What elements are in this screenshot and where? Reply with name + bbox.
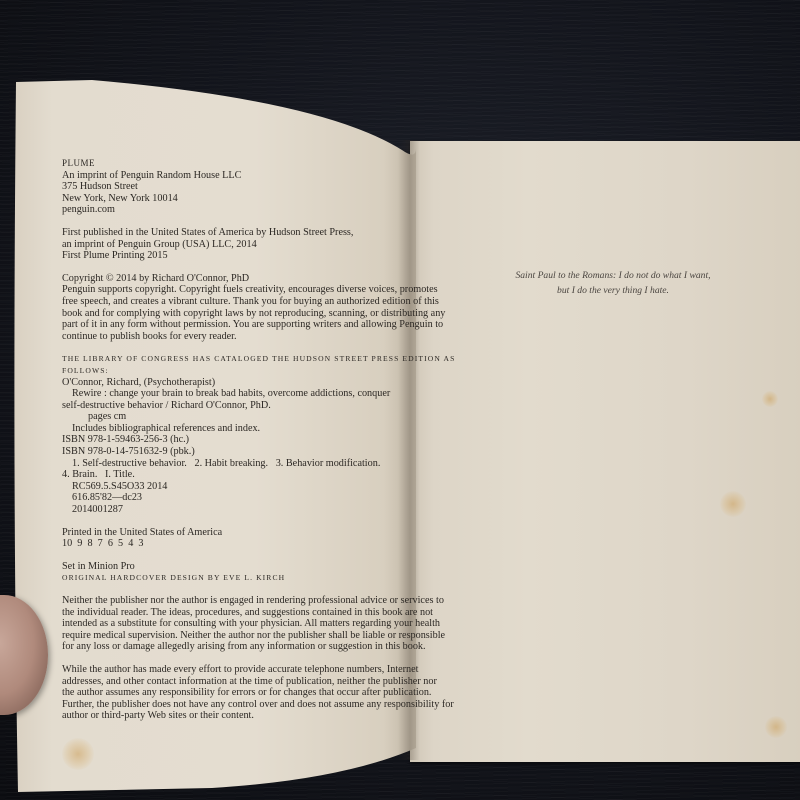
text-line: PLUME [62, 158, 422, 170]
text-line: An imprint of Penguin Random House LLC [62, 170, 422, 182]
paper-stain [762, 391, 778, 407]
lccn: 2014001287 [62, 504, 422, 516]
right-page [410, 141, 800, 762]
cip-heading: follows: [62, 365, 422, 377]
epigraph: Saint Paul to the Romans: I do not do wh… [488, 268, 738, 298]
medical-disclaimer: Neither the publisher nor the author is … [62, 595, 422, 653]
text-line: Penguin supports copyright. Copyright fu… [62, 284, 422, 296]
text-line: continue to publish books for every read… [62, 331, 422, 343]
text-line: part of it in any form without permissio… [62, 319, 422, 331]
paper-stain [720, 491, 746, 517]
design-credit: Original hardcover design by Eve L. Kirc… [62, 572, 422, 584]
text-line: an imprint of Penguin Group (USA) LLC, 2… [62, 239, 422, 251]
text-line: Neither the publisher nor the author is … [62, 595, 422, 607]
epigraph-line: Saint Paul to the Romans: I do not do wh… [488, 268, 738, 283]
copyright-block: Copyright © 2014 by Richard O'Connor, Ph… [62, 273, 422, 343]
cip-author: O'Connor, Richard, (Psychotherapist) [62, 377, 422, 389]
cip-title: Rewire : change your brain to break bad … [62, 388, 422, 400]
text-line: penguin.com [62, 204, 422, 216]
text-line: the author assumes any responsibility fo… [62, 687, 422, 699]
text-line: Printed in the United States of America [62, 527, 422, 539]
printing-block: Printed in the United States of America … [62, 527, 422, 550]
epigraph-line: but I do the very thing I hate. [488, 283, 738, 298]
typeset-note: Set in Minion Pro [62, 561, 422, 573]
text-line: Further, the publisher does not have any… [62, 699, 422, 711]
lc-class: RC569.5.S45O33 2014 [62, 481, 422, 493]
cip-title: self-destructive behavior / Richard O'Co… [62, 400, 422, 412]
cip-heading: The Library of Congress has cataloged th… [62, 353, 422, 365]
text-line: 375 Hudson Street [62, 181, 422, 193]
isbn-hc: ISBN 978-1-59463-256-3 (hc.) [62, 434, 422, 446]
paper-stain [62, 738, 94, 770]
text-line: intended as a substitute for consulting … [62, 618, 422, 630]
paper-stain [765, 716, 787, 738]
text-line: book and for complying with copyright la… [62, 308, 422, 320]
text-line: New York, New York 10014 [62, 193, 422, 205]
dewey-class: 616.85'82—dc23 [62, 492, 422, 504]
cip-block: The Library of Congress has cataloged th… [62, 353, 422, 515]
text-line: First published in the United States of … [62, 227, 422, 239]
text-line: While the author has made every effort t… [62, 664, 422, 676]
text-line: free speech, and creates a vibrant cultu… [62, 296, 422, 308]
text-line: for any loss or damage allegedly arising… [62, 641, 422, 653]
text-line: addresses, and other contact information… [62, 676, 422, 688]
text-line: First Plume Printing 2015 [62, 250, 422, 262]
first-published-block: First published in the United States of … [62, 227, 422, 262]
text-line: author or third-party Web sites or their… [62, 710, 422, 722]
text-line: require medical supervision. Neither the… [62, 630, 422, 642]
text-line: Copyright © 2014 by Richard O'Connor, Ph… [62, 273, 422, 285]
isbn-pbk: ISBN 978-0-14-751632-9 (pbk.) [62, 446, 422, 458]
cip-pages: pages cm [62, 411, 422, 423]
web-disclaimer: While the author has made every effort t… [62, 664, 422, 722]
cip-includes: Includes bibliographical references and … [62, 423, 422, 435]
cip-subjects: 1. Self-destructive behavior. 2. Habit b… [62, 458, 422, 470]
printing-line: 10 9 8 7 6 5 4 3 [62, 538, 422, 550]
publisher-block: PLUME An imprint of Penguin Random House… [62, 158, 422, 216]
text-line: the individual reader. The ideas, proced… [62, 607, 422, 619]
cip-subjects: 4. Brain. I. Title. [62, 469, 422, 481]
copyright-page-text: PLUME An imprint of Penguin Random House… [62, 158, 422, 722]
